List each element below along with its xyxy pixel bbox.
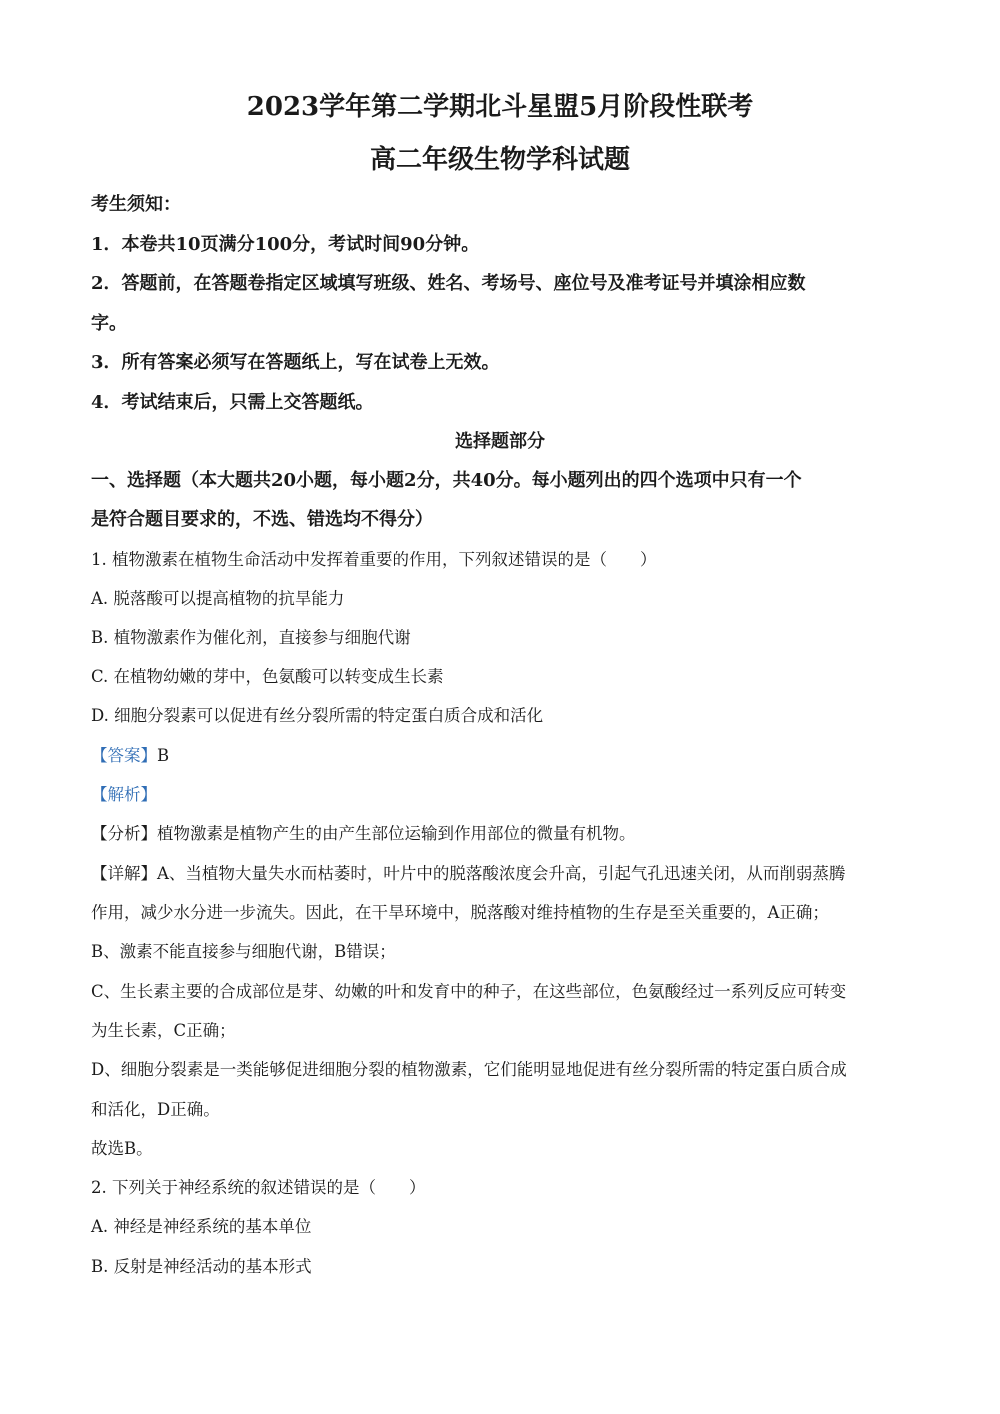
- answer-tag: 【答案】: [91, 746, 157, 765]
- explanation-line: 【分析】植物激素是植物产生的由产生部位运输到作用部位的微量有机物。: [91, 820, 636, 844]
- explanation-line: 【详解】A、当植物大量失水而枯萎时，叶片中的脱落酸浓度会升高，引起气孔迅速关闭，…: [91, 860, 845, 884]
- question-1-option-d: D. 细胞分裂素可以促进有丝分裂所需的特定蛋白质合成和活化: [91, 702, 543, 726]
- exam-page: 2023学年第二学期北斗星盟5月阶段性联考 高二年级生物学科试题 考生须知： 1…: [0, 0, 1000, 1414]
- answer-line: 【答案】B: [91, 742, 169, 766]
- question-2-option-b: B. 反射是神经活动的基本形式: [91, 1253, 312, 1277]
- explanation-line: B、激素不能直接参与细胞代谢，B错误；: [91, 938, 396, 962]
- exam-subtitle: 高二年级生物学科试题: [0, 139, 1000, 176]
- notice-item: 2．答题前，在答题卷指定区域填写班级、姓名、考场号、座位号及准考证号并填涂相应数: [91, 269, 806, 295]
- question-1-option-c: C. 在植物幼嫩的芽中，色氨酸可以转变成生长素: [91, 663, 444, 687]
- explanation-line: C、生长素主要的合成部位是芽、幼嫩的叶和发育中的种子，在这些部位，色氨酸经过一系…: [91, 978, 846, 1002]
- explanation-line: D、细胞分裂素是一类能够促进细胞分裂的植物激素，它们能明显地促进有丝分裂所需的特…: [91, 1056, 847, 1080]
- explanation-line: 和活化，D正确。: [91, 1096, 220, 1120]
- notice-heading: 考生须知：: [91, 190, 181, 216]
- section-intro: 是符合题目要求的，不选、错选均不得分）: [91, 505, 433, 531]
- question-2-stem: 2. 下列关于神经系统的叙述错误的是（ ）: [91, 1174, 426, 1198]
- section-title: 选择题部分: [0, 427, 1000, 453]
- answer-value: B: [157, 746, 169, 765]
- notice-item: 1．本卷共10页满分100分，考试时间90分钟。: [91, 230, 479, 256]
- explanation-line: 为生长素，C正确；: [91, 1017, 236, 1041]
- question-1-stem: 1. 植物激素在植物生命活动中发挥着重要的作用，下列叙述错误的是（ ）: [91, 546, 657, 570]
- explanation-line: 故选B。: [91, 1135, 153, 1159]
- explanation-line: 作用，减少水分进一步流失。因此，在干旱环境中，脱落酸对维持植物的生存是至关重要的…: [91, 899, 829, 923]
- question-2-option-a: A. 神经是神经系统的基本单位: [91, 1213, 311, 1237]
- question-1-option-b: B. 植物激素作为催化剂，直接参与细胞代谢: [91, 624, 411, 648]
- notice-item: 4．考试结束后，只需上交答题纸。: [91, 388, 374, 414]
- exam-title: 2023学年第二学期北斗星盟5月阶段性联考: [0, 86, 1000, 123]
- notice-item: 字。: [91, 309, 127, 335]
- analysis-tag: 【解析】: [91, 781, 157, 805]
- section-intro: 一、选择题（本大题共20小题，每小题2分，共40分。每小题列出的四个选项中只有一…: [91, 466, 802, 492]
- question-1-option-a: A. 脱落酸可以提高植物的抗旱能力: [91, 585, 344, 609]
- notice-item: 3．所有答案必须写在答题纸上，写在试卷上无效。: [91, 348, 500, 374]
